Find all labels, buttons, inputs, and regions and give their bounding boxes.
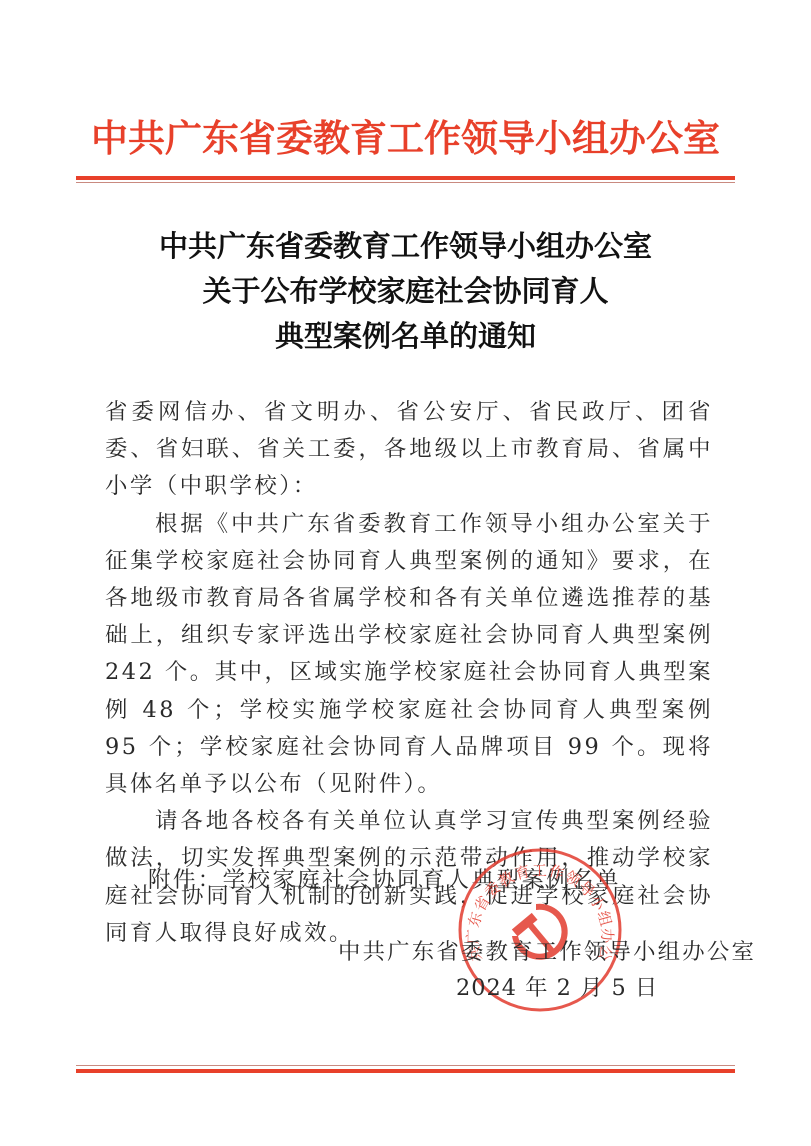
title-line-3: 典型案例名单的通知 bbox=[0, 314, 811, 359]
bottom-rule-thin bbox=[76, 1065, 735, 1066]
document-title: 中共广东省委教育工作领导小组办公室 关于公布学校家庭社会协同育人 典型案例名单的… bbox=[0, 224, 811, 359]
letterhead: 中共广东省委教育工作领导小组办公室 bbox=[0, 116, 811, 162]
top-rule-thin bbox=[76, 182, 735, 183]
top-rule-thick bbox=[76, 176, 735, 180]
signature: 中共广东省委教育工作领导小组办公室 bbox=[338, 934, 756, 966]
title-line-2: 关于公布学校家庭社会协同育人 bbox=[0, 269, 811, 314]
recipients: 省委网信办、省文明办、省公安厅、省民政厅、团省委、省妇联、省关工委，各地级以上市… bbox=[105, 394, 713, 506]
issue-date: 2024 年 2 月 5 日 bbox=[456, 970, 658, 1002]
bottom-rule-thick bbox=[76, 1069, 735, 1073]
title-line-1: 中共广东省委教育工作领导小组办公室 bbox=[0, 224, 811, 269]
paragraph-1: 根据《中共广东省委教育工作领导小组办公室关于征集学校家庭社会协同育人典型案例的通… bbox=[105, 506, 713, 804]
document-page: 中共广东省委教育工作领导小组办公室 中共广东省委教育工作领导小组办公室 关于公布… bbox=[0, 0, 811, 1146]
